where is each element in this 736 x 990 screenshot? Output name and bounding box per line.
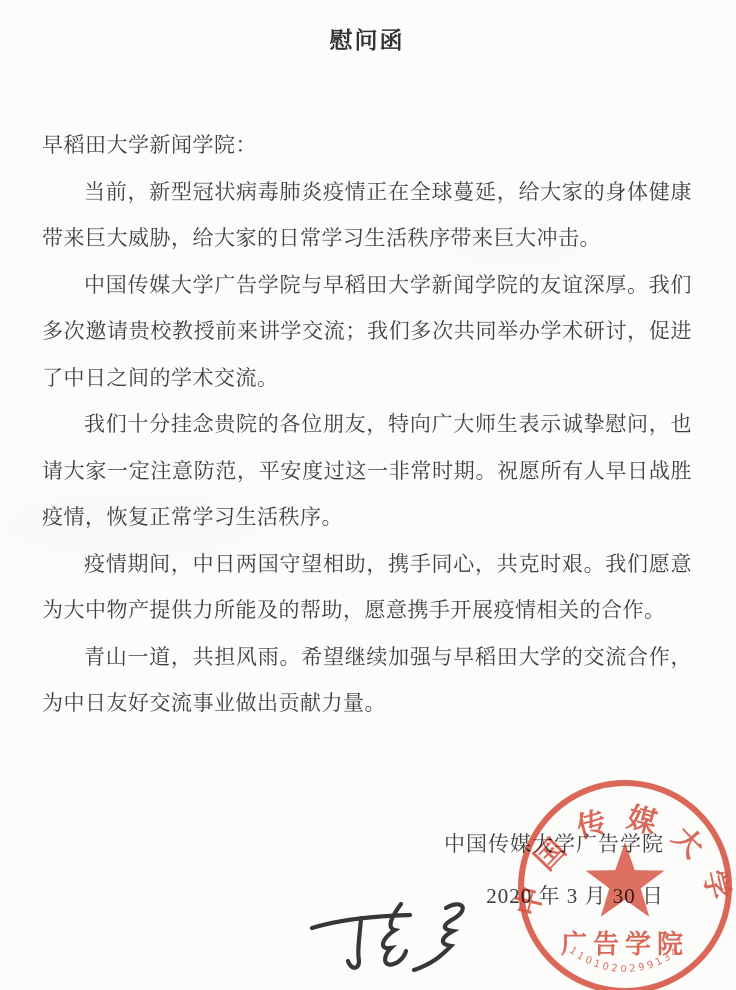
signature-organization: 中国传媒大学广告学院 xyxy=(42,829,664,859)
paragraph: 我们十分挂念贵院的各位朋友，特向广大师生表示诚挚慰问，也请大家一定注意防范，平安… xyxy=(42,401,692,541)
letter-page: 慰问函 早稻田大学新闻学院： 当前，新型冠状病毒肺炎疫情正在全球蔓延，给大家的身… xyxy=(0,0,736,990)
paragraph: 青山一道，共担风雨。希望继续加强与早稻田大学的交流合作，为中日友好交流事业做出贡… xyxy=(42,634,692,727)
seal-serial-number: 1101020299134 xyxy=(567,945,683,975)
paragraph: 当前，新型冠状病毒肺炎疫情正在全球蔓延，给大家的身体健康带来巨大威胁，给大家的日… xyxy=(42,169,692,262)
signature-date: 2020 年 3 月 30 日 xyxy=(42,881,664,911)
salutation: 早稻田大学新闻学院： xyxy=(42,122,692,169)
paragraph: 中国传媒大学广告学院与早稻田大学新闻学院的友谊深厚。我们多次邀请贵校教授前来讲学… xyxy=(42,262,692,402)
seal-center-text: 广告学院 xyxy=(561,930,689,959)
paragraph: 疫情期间，中日两国守望相助，携手同心，共克时艰。我们愿意为大中物产提供力所能及的… xyxy=(42,541,692,634)
letter-title: 慰问函 xyxy=(42,26,692,56)
letter-body: 早稻田大学新闻学院： 当前，新型冠状病毒肺炎疫情正在全球蔓延，给大家的身体健康带… xyxy=(42,122,692,727)
svg-text:1101020299134: 1101020299134 xyxy=(567,945,683,975)
signature-block: 中国传媒大学广告学院 2020 年 3 月 30 日 xyxy=(42,829,692,911)
